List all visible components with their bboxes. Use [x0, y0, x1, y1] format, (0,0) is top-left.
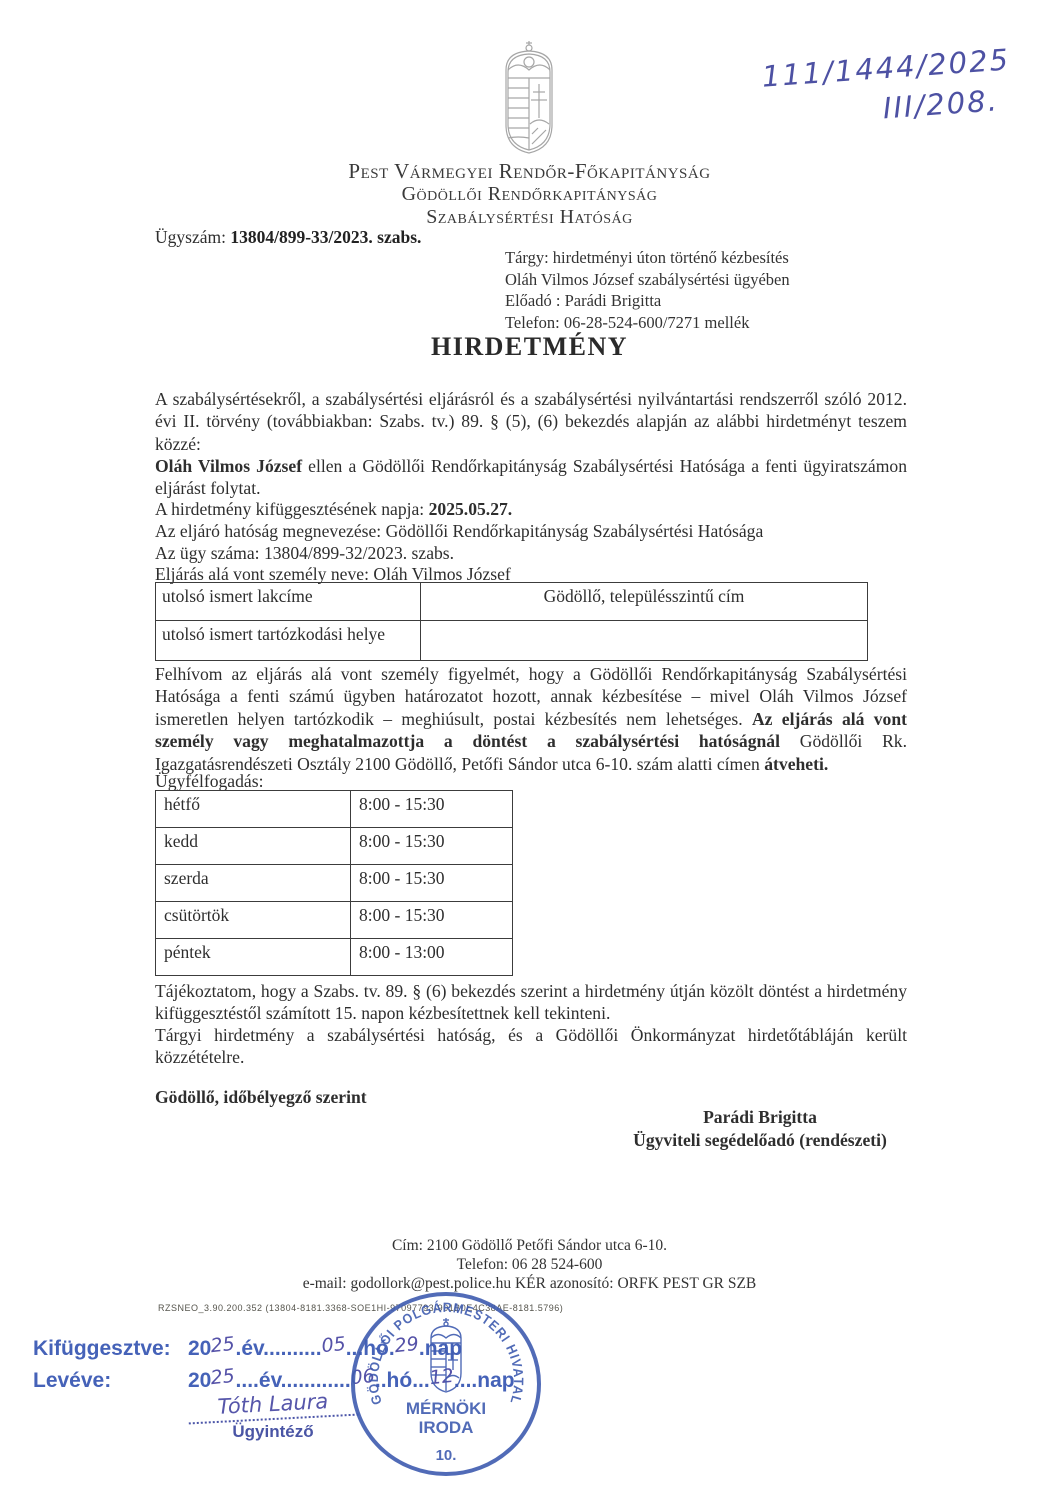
removed-year-handwritten: 25: [209, 1361, 236, 1394]
issuing-organisation: Pest Vármegyei Rendőr-Főkapitányság Gödö…: [0, 160, 1059, 229]
subject-person-name: Oláh Vilmos József: [155, 456, 302, 476]
subject-person-line: Oláh Vilmos József szabálysértési ügyébe…: [505, 269, 790, 291]
subject-person-paragraph: Oláh Vilmos József ellen a Gödöllői Rend…: [155, 455, 907, 500]
footer-phone: Telefon: 06 28 524-600: [0, 1255, 1059, 1274]
address-row-value: Gödöllő, településszintű cím: [421, 583, 868, 621]
table-row: péntek 8:00 - 13:00: [156, 939, 513, 976]
signer-title: Ügyviteli segédelőadó (rendészeti): [560, 1129, 960, 1152]
office-hours-label: Ügyfélfogadás:: [155, 771, 907, 792]
time-cell: 8:00 - 15:30: [351, 865, 513, 902]
hungarian-coat-of-arms-icon: [466, 40, 592, 162]
publication-paragraph: Tárgyi hirdetmény a szabálysértési hatós…: [155, 1024, 907, 1069]
removed-year-prefix: 20: [188, 1369, 211, 1392]
authority-line: Az eljáró hatóság megnevezése: Gödöllői …: [155, 521, 907, 542]
notice-paragraph: Felhívom az eljárás alá vont személy fig…: [155, 663, 907, 775]
subject-block: Tárgy: hirdetményi úton történő kézbesít…: [505, 247, 790, 333]
office-hours-table: hétfő 8:00 - 15:30 kedd 8:00 - 15:30 sze…: [155, 790, 513, 976]
org-name-line1: Pest Vármegyei Rendőr-Főkapitányság: [0, 160, 1059, 183]
handwritten-registry-number: 111/1444/2025 III/208.: [760, 39, 1013, 136]
signer-block: Parádi Brigitta Ügyviteli segédelőadó (r…: [560, 1106, 960, 1152]
footer-address: Cím: 2100 Gödöllő Petőfi Sándor utca 6-1…: [0, 1236, 1059, 1255]
stamp-number: 10.: [436, 1447, 457, 1464]
legal-basis-paragraph: A szabálysértésekről, a szabálysértési e…: [155, 388, 907, 455]
table-row: szerda 8:00 - 15:30: [156, 865, 513, 902]
day-cell: csütörtök: [156, 902, 351, 939]
table-row: utolsó ismert lakcíme Gödöllő, település…: [156, 583, 868, 621]
org-name-line2: Gödöllői Rendőrkapitányság: [0, 183, 1059, 206]
table-row: csütörtök 8:00 - 15:30: [156, 902, 513, 939]
phone-line: Telefon: 06-28-524-600/7271 mellék: [505, 312, 790, 334]
place-date-line: Gödöllő, időbélyegző szerint: [155, 1087, 367, 1108]
signer-name: Parádi Brigitta: [560, 1106, 960, 1129]
clerk-role-label: Ügyintéző: [188, 1422, 358, 1442]
posting-date-label: A hirdetmény kifüggesztésének napja:: [155, 499, 429, 519]
case-number-label: Ügyszám:: [155, 227, 230, 247]
org-name-line3: Szabálysértési Hatóság: [0, 206, 1059, 229]
case-ref-line: Az ügy száma: 13804/899-32/2023. szabs.: [155, 543, 907, 564]
posted-month-handwritten: 05: [320, 1329, 347, 1362]
table-row: kedd 8:00 - 15:30: [156, 828, 513, 865]
posted-dots1: .év..........: [236, 1337, 322, 1360]
day-cell: hétfő: [156, 791, 351, 828]
municipal-round-stamp: GÖDÖLLŐI POLGÁRMESTERI HIVATAL MÉRNÖKI I…: [346, 1286, 546, 1486]
day-cell: szerda: [156, 865, 351, 902]
address-table: utolsó ismert lakcíme Gödöllő, település…: [155, 582, 868, 661]
posted-year-prefix: 20: [188, 1337, 211, 1360]
day-cell: kedd: [156, 828, 351, 865]
clerk-line: Előadó : Parádi Brigitta: [505, 290, 790, 312]
time-cell: 8:00 - 15:30: [351, 791, 513, 828]
address-row-value: [421, 621, 868, 661]
stamp-office-line1: MÉRNÖKI: [406, 1399, 486, 1418]
clerk-signature-block: Tóth Laura Ügyintéző: [188, 1392, 358, 1442]
table-row: utolsó ismert tartózkodási helye: [156, 621, 868, 661]
delivery-rule-paragraph: Tájékoztatom, hogy a Szabs. tv. 89. § (6…: [155, 980, 907, 1025]
posted-label: Kifüggesztve:: [33, 1333, 188, 1364]
subject-line: Tárgy: hirdetményi úton történő kézbesít…: [505, 247, 790, 269]
time-cell: 8:00 - 15:30: [351, 828, 513, 865]
time-cell: 8:00 - 13:00: [351, 939, 513, 976]
table-row: hétfő 8:00 - 15:30: [156, 791, 513, 828]
posting-date-line: A hirdetmény kifüggesztésének napja: 202…: [155, 499, 907, 520]
stamp-coat-of-arms-icon: [431, 1318, 461, 1392]
case-number-line: Ügyszám: 13804/899-33/2023. szabs.: [155, 227, 421, 248]
posted-year-handwritten: 25: [209, 1329, 236, 1362]
case-number-value: 13804/899-33/2023. szabs.: [230, 227, 421, 247]
posting-date-value: 2025.05.27.: [429, 499, 513, 519]
scanned-notice-document: 111/1444/2025 III/208. Pest Vármegyei Re…: [0, 0, 1059, 1498]
time-cell: 8:00 - 15:30: [351, 902, 513, 939]
document-title: HIRDETMÉNY: [0, 332, 1059, 362]
footer-contact-block: Cím: 2100 Gödöllő Petőfi Sándor utca 6-1…: [0, 1236, 1059, 1293]
day-cell: péntek: [156, 939, 351, 976]
removed-label: Levéve:: [33, 1365, 188, 1396]
stamp-office-line2: IRODA: [419, 1418, 474, 1437]
clerk-signature-handwritten: Tóth Laura: [187, 1388, 358, 1425]
address-row-label: utolsó ismert tartózkodási helye: [156, 621, 421, 661]
address-row-label: utolsó ismert lakcíme: [156, 583, 421, 621]
